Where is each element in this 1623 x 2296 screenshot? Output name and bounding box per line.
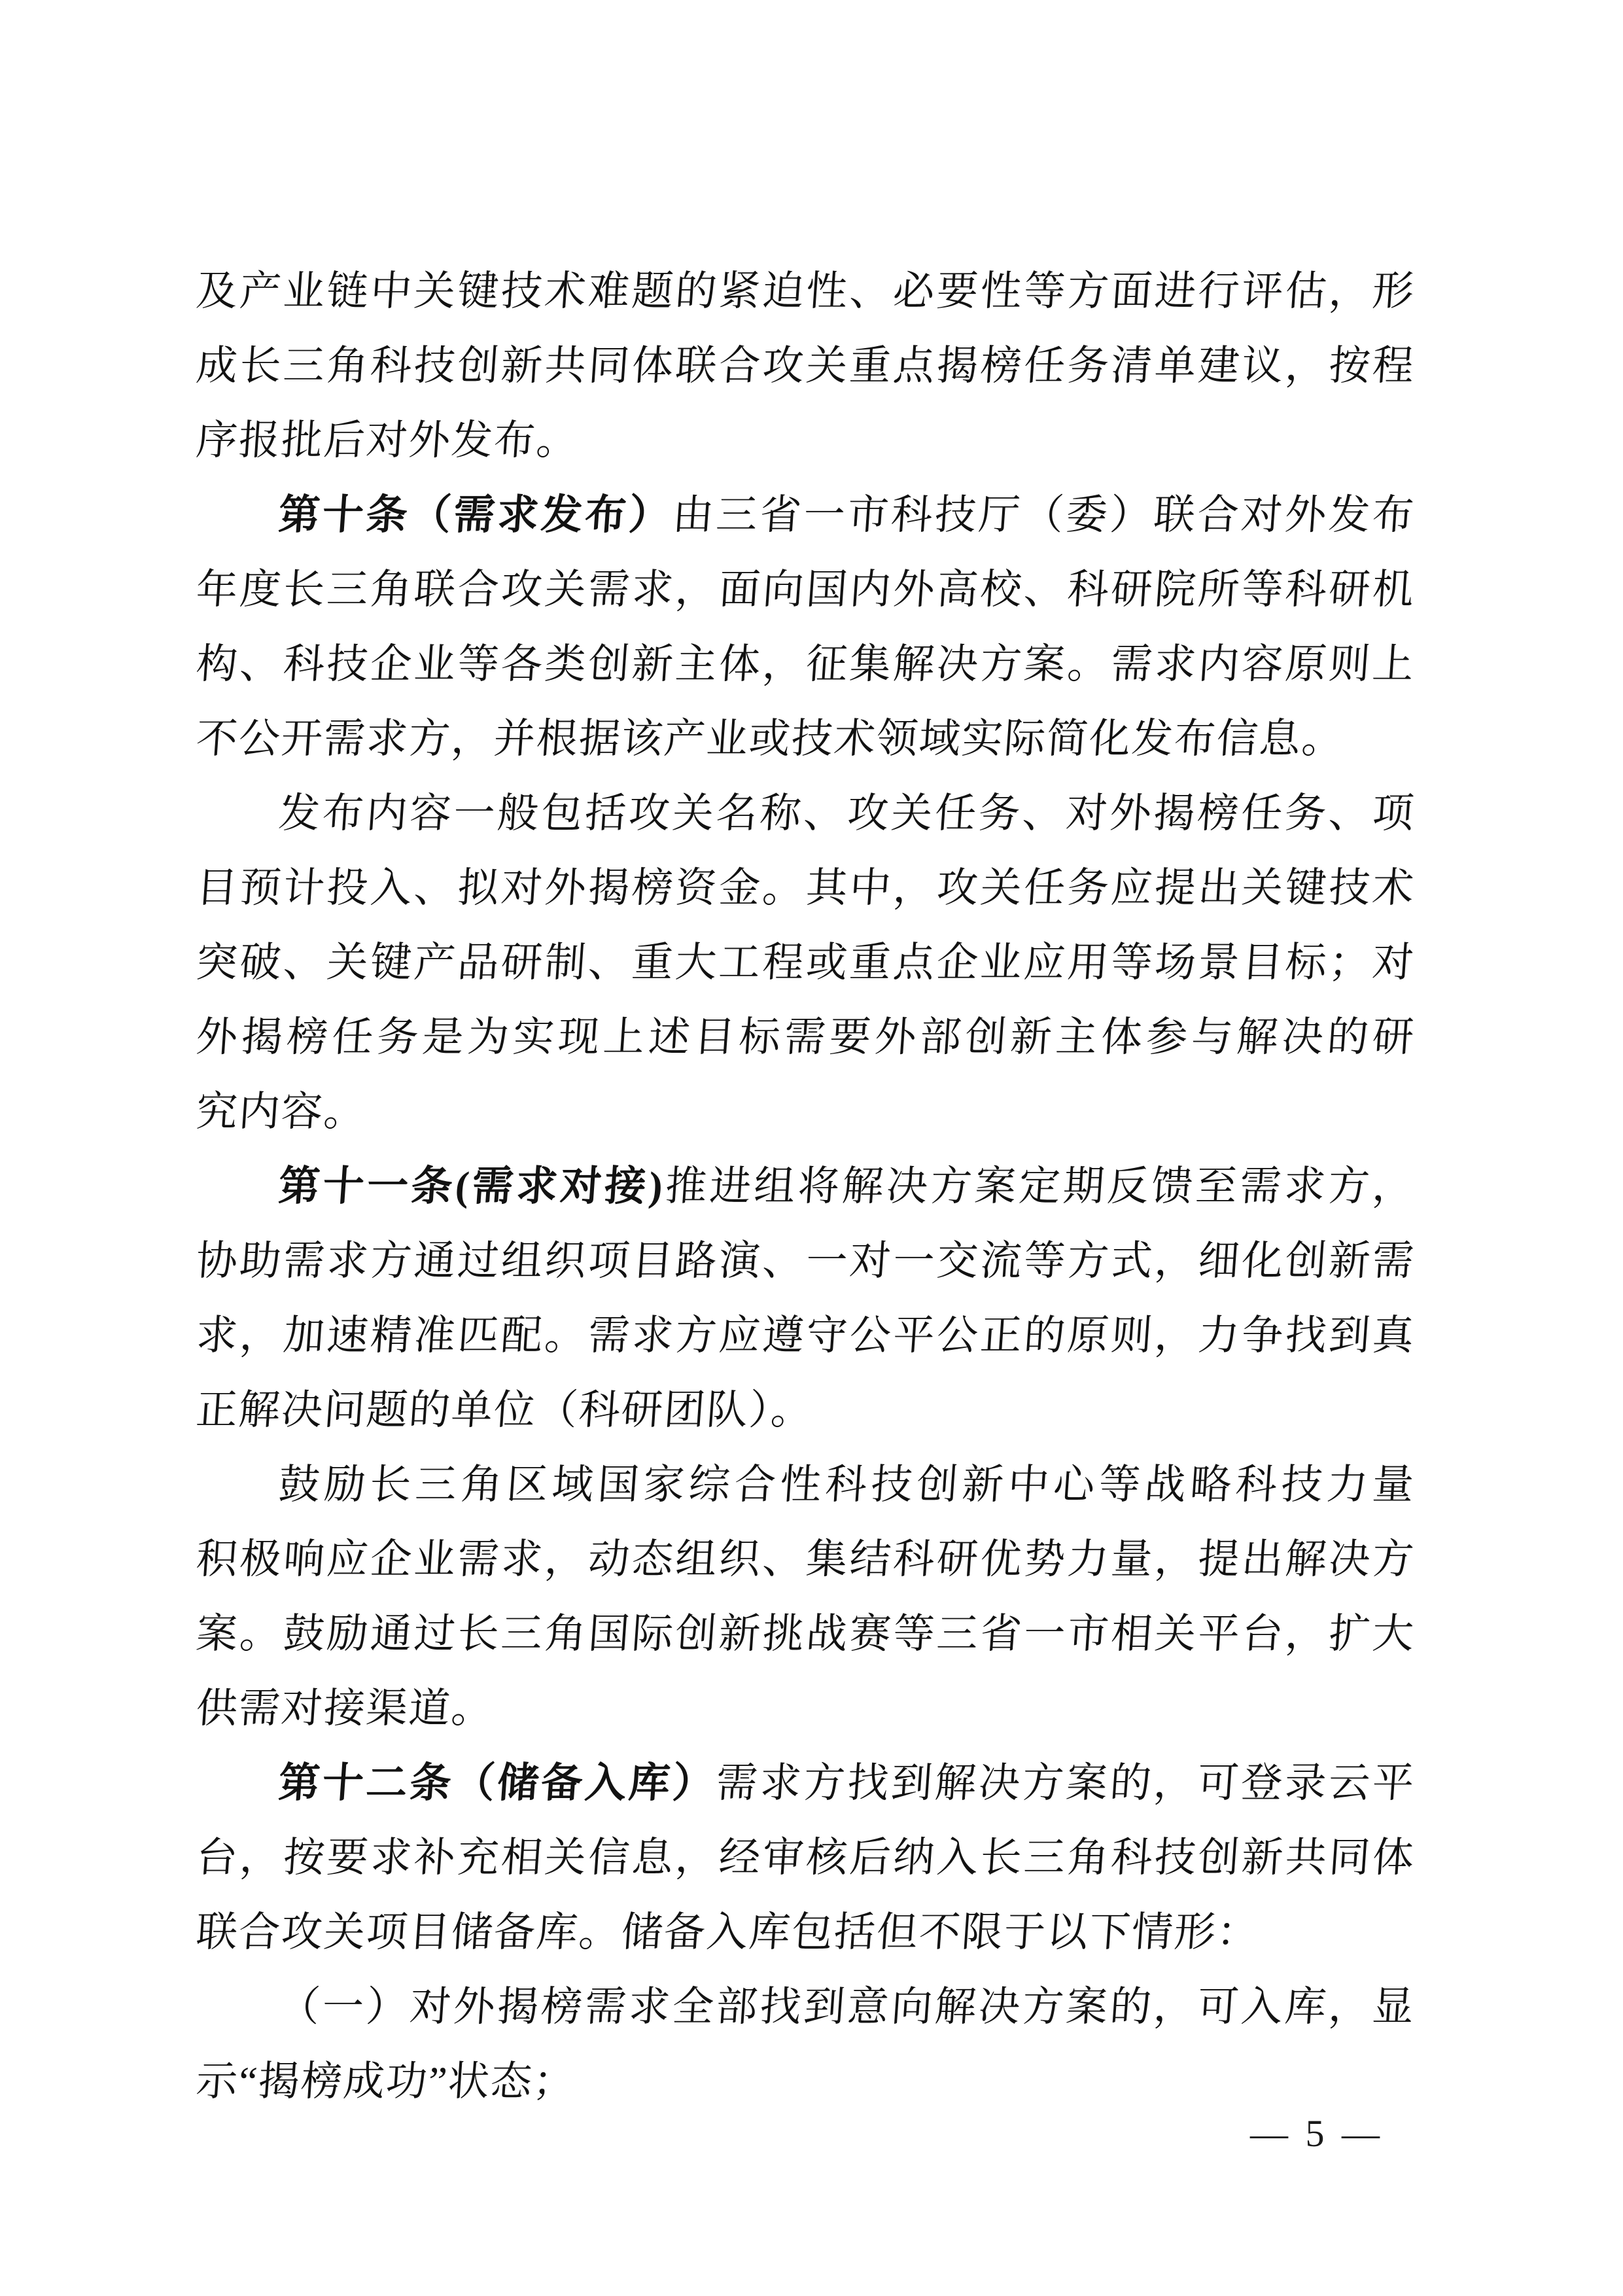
text-line-item-1: （一）对外揭榜需求全部找到意向解决方案的，可入库，显 <box>194 1969 1418 2044</box>
text-line: 究内容。 <box>194 1074 1418 1149</box>
text-line: 年度长三角联合攻关需求，面向国内外高校、科研院所等科研机 <box>194 552 1418 627</box>
text-line-article-12: 第十二条（储备入库）需求方找到解决方案的，可登录云平 <box>194 1746 1418 1820</box>
page-number: — 5 — <box>1245 2111 1389 2157</box>
text-line: 案。鼓励通过长三角国际创新挑战赛等三省一市相关平台，扩大 <box>194 1597 1418 1671</box>
text-line: 台，按要求补充相关信息，经审核后纳入长三角科技创新共同体 <box>194 1820 1418 1895</box>
text-line: 联合攻关项目储备库。储备入库包括但不限于以下情形： <box>194 1895 1418 1969</box>
text-line: 发布内容一般包括攻关名称、攻关任务、对外揭榜任务、项 <box>194 776 1418 851</box>
text-line: 积极响应企业需求，动态组织、集结科研优势力量，提出解决方 <box>194 1522 1418 1597</box>
text-line: 外揭榜任务是为实现上述目标需要外部创新主体参与解决的研 <box>194 1000 1418 1074</box>
document-page: 及产业链中关键技术难题的紧迫性、必要性等方面进行评估，形 成长三角科技创新共同体… <box>0 0 1623 2296</box>
text-line: 目预计投入、拟对外揭榜资金。其中，攻关任务应提出关键技术 <box>194 851 1418 925</box>
text-line: 正解决问题的单位（科研团队）。 <box>194 1373 1418 1447</box>
text-line: 鼓励长三角区域国家综合性科技创新中心等战略科技力量 <box>194 1447 1418 1522</box>
text-line: 及产业链中关键技术难题的紧迫性、必要性等方面进行评估，形 <box>194 254 1418 328</box>
document-body: 及产业链中关键技术难题的紧迫性、必要性等方面进行评估，形 成长三角科技创新共同体… <box>196 254 1415 2119</box>
text-line: 不公开需求方，并根据该产业或技术领域实际简化发布信息。 <box>194 701 1418 776</box>
text-line: 突破、关键产品研制、重大工程或重点企业应用等场景目标；对 <box>194 925 1418 1000</box>
text-line: 序报批后对外发布。 <box>194 403 1418 478</box>
text-line-article-11: 第十一条(需求对接)推进组将解决方案定期反馈至需求方， <box>194 1149 1418 1224</box>
text-line: 构、科技企业等各类创新主体，征集解决方案。需求内容原则上 <box>194 627 1418 701</box>
text-line: 供需对接渠道。 <box>194 1671 1418 1746</box>
text-line: 求，加速精准匹配。需求方应遵守公平公正的原则，力争找到真 <box>194 1298 1418 1373</box>
text-line: 成长三角科技创新共同体联合攻关重点揭榜任务清单建议，按程 <box>194 328 1418 403</box>
text-line: 协助需求方通过组织项目路演、一对一交流等方式，细化创新需 <box>194 1224 1418 1298</box>
text-line-article-10: 第十条（需求发布）由三省一市科技厅（委）联合对外发布 <box>194 478 1418 552</box>
text-line: 示“揭榜成功”状态； <box>194 2044 1418 2119</box>
